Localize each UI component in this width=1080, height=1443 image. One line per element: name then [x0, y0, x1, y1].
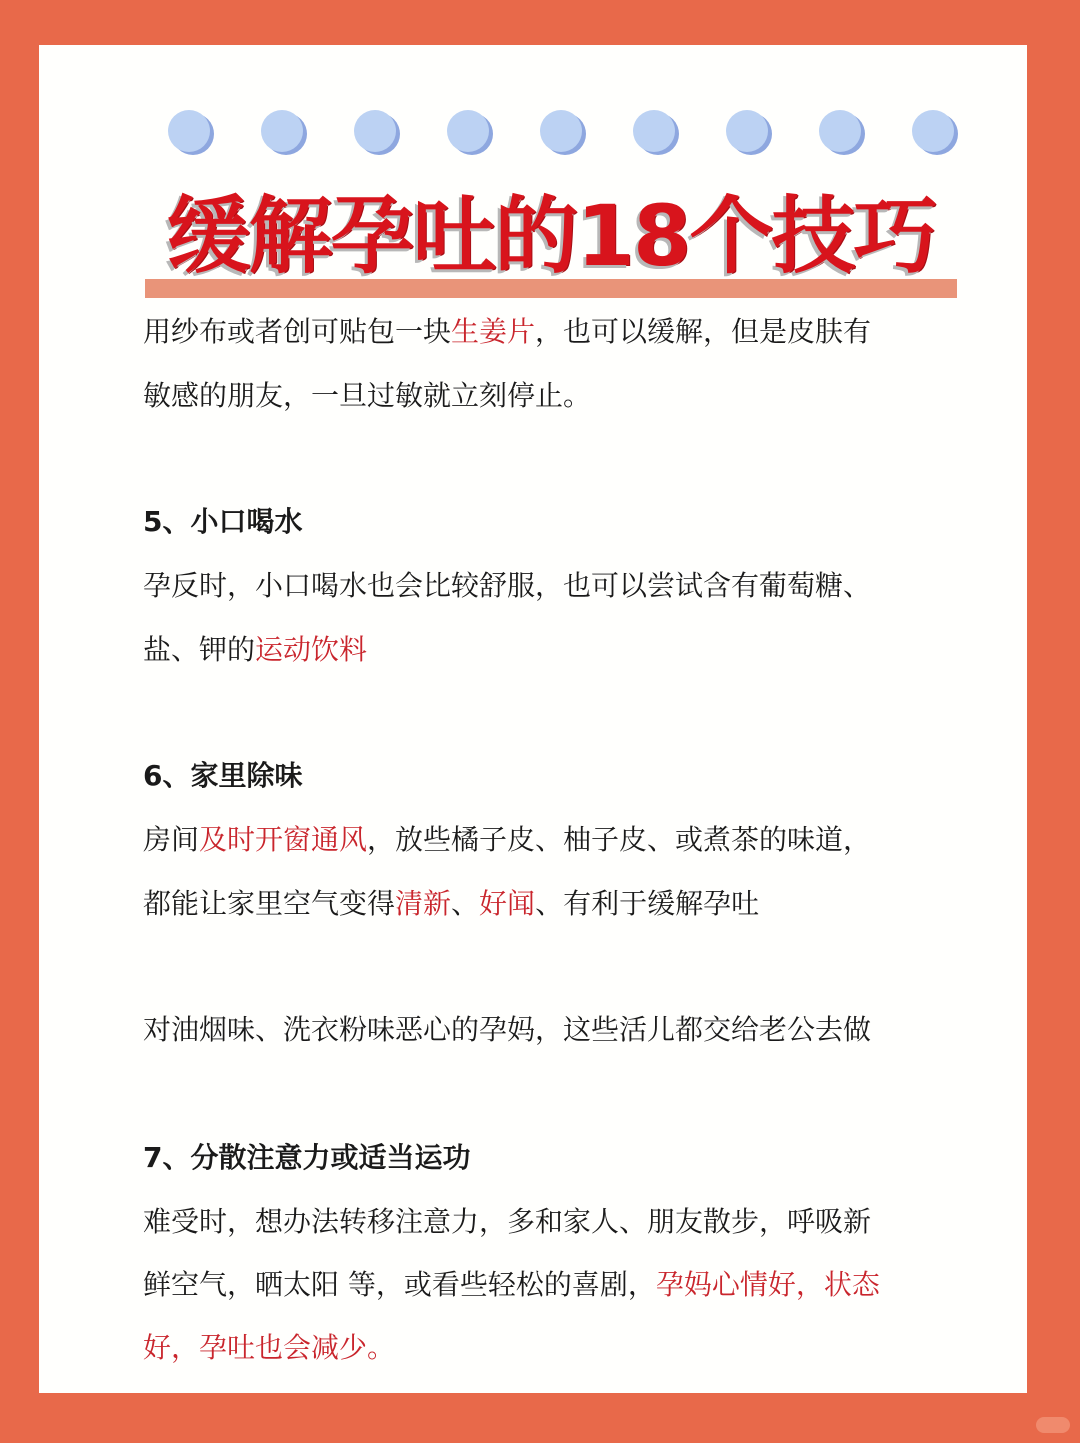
highlight-text: 运动饮料: [255, 633, 367, 666]
watermark-badge: [1036, 1417, 1070, 1433]
section-heading: 5、小口喝水: [143, 502, 302, 542]
text-segment: 对油烟味、洗衣粉味恶心的孕妈，这些活儿都交给老公去做: [143, 1013, 871, 1046]
text-segment: 盐、钾的: [143, 633, 255, 666]
text-segment: 难受时，想办法转移注意力，多和家人、朋友散步，呼吸新: [143, 1205, 871, 1238]
text-segment: 房间: [143, 823, 199, 856]
dot-icon: [447, 110, 489, 152]
section-heading: 6、家里除味: [143, 756, 302, 796]
highlight-text: 清新: [395, 887, 451, 920]
paragraph-line: 好，孕吐也会减少。: [143, 1328, 395, 1368]
paragraph-line: 鲜空气，晒太阳 等，或看些轻松的喜剧，孕妈心情好，状态: [143, 1265, 880, 1305]
text-segment: 都能让家里空气变得: [143, 887, 395, 920]
dot-icon: [633, 110, 675, 152]
dot-icon: [726, 110, 768, 152]
dot-icon: [354, 110, 396, 152]
text-segment: ，放些橘子皮、柚子皮、或煮茶的味道，: [367, 823, 871, 856]
paragraph-line: 盐、钾的运动饮料: [143, 630, 367, 670]
highlight-text: 好，孕吐也会减少。: [143, 1331, 395, 1364]
text-segment: 敏感的朋友，一旦过敏就立刻停止。: [143, 379, 591, 412]
paragraph-line: 孕反时，小口喝水也会比较舒服，也可以尝试含有葡萄糖、: [143, 566, 871, 606]
paragraph-line: 用纱布或者创可贴包一块生姜片，也可以缓解，但是皮肤有: [143, 312, 871, 352]
text-segment: 、: [451, 887, 479, 920]
text-segment: ，也可以缓解，但是皮肤有: [535, 315, 871, 348]
dot-icon: [819, 110, 861, 152]
decorative-dots: [168, 110, 968, 156]
highlight-text: 孕妈心情好，状态: [656, 1268, 880, 1301]
dot-icon: [261, 110, 303, 152]
title-block: 缓解孕吐的18个技巧: [145, 188, 957, 300]
highlight-text: 好闻: [479, 887, 535, 920]
text-segment: 用纱布或者创可贴包一块: [143, 315, 451, 348]
text-segment: 、有利于缓解孕吐: [535, 887, 759, 920]
dot-icon: [540, 110, 582, 152]
paragraph-line: 对油烟味、洗衣粉味恶心的孕妈，这些活儿都交给老公去做: [143, 1010, 871, 1050]
dot-icon: [168, 110, 210, 152]
section-heading: 7、分散注意力或适当运功: [143, 1138, 470, 1178]
dot-icon: [912, 110, 954, 152]
highlight-text: 及时开窗通风: [199, 823, 367, 856]
text-segment: 孕反时，小口喝水也会比较舒服，也可以尝试含有葡萄糖、: [143, 569, 871, 602]
highlight-text: 生姜片: [451, 315, 535, 348]
paragraph-line: 难受时，想办法转移注意力，多和家人、朋友散步，呼吸新: [143, 1202, 871, 1242]
paragraph-line: 敏感的朋友，一旦过敏就立刻停止。: [143, 376, 591, 416]
paragraph-line: 都能让家里空气变得清新、好闻、有利于缓解孕吐: [143, 884, 759, 924]
page-title: 缓解孕吐的18个技巧: [145, 188, 957, 284]
paragraph-line: 房间及时开窗通风，放些橘子皮、柚子皮、或煮茶的味道，: [143, 820, 871, 860]
text-segment: 鲜空气，晒太阳 等，或看些轻松的喜剧，: [143, 1268, 656, 1301]
